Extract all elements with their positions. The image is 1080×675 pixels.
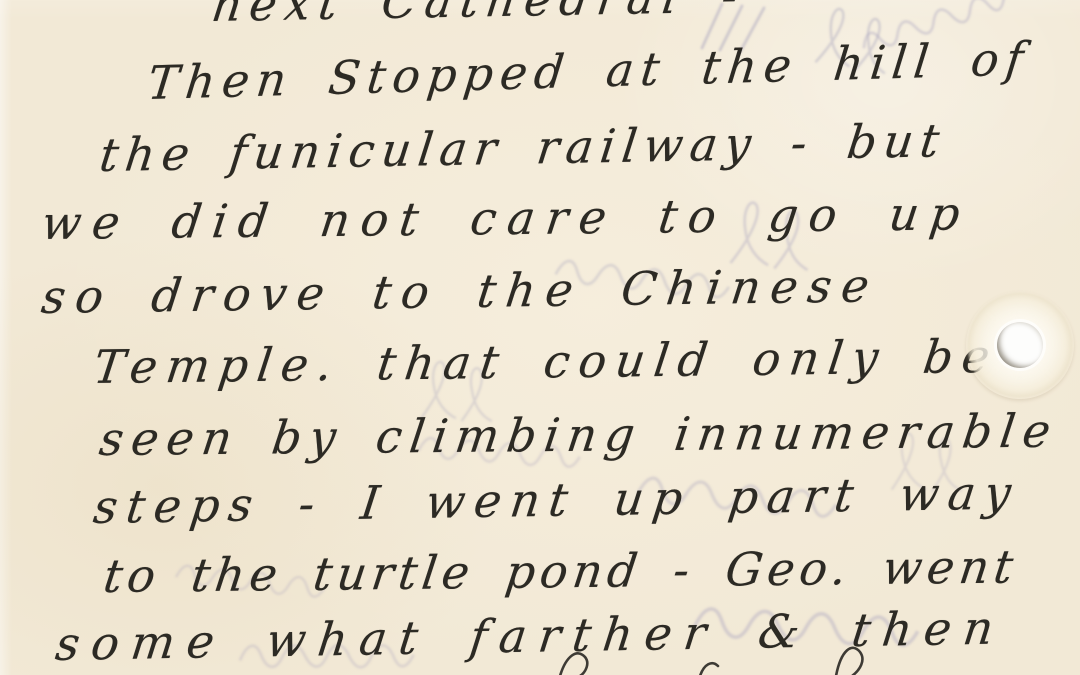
handwriting-line-4: so drove to the Chinese xyxy=(39,260,882,322)
handwriting-line-2: the funicular railway - but xyxy=(97,115,949,180)
punch-hole xyxy=(997,322,1043,368)
handwriting-line-3: we did not care to go up xyxy=(39,188,974,248)
handwriting-line-5: Temple. that could only be xyxy=(91,331,1002,393)
handwriting-line-6: seen by climbing innumerable xyxy=(97,406,1062,465)
letter-page: next Cathedral - Then Stopped at the hil… xyxy=(0,0,1080,675)
handwriting-line-9: some what farther & then xyxy=(53,602,1008,669)
handwriting-line-8: to the turtle pond - Geo. went xyxy=(101,541,1021,601)
handwriting-line-7: steps - I went up part way xyxy=(91,467,1023,532)
handwriting-line-1: Then Stopped at the hill of xyxy=(145,33,1033,108)
handwriting-line-0: next Cathedral - xyxy=(209,0,749,31)
